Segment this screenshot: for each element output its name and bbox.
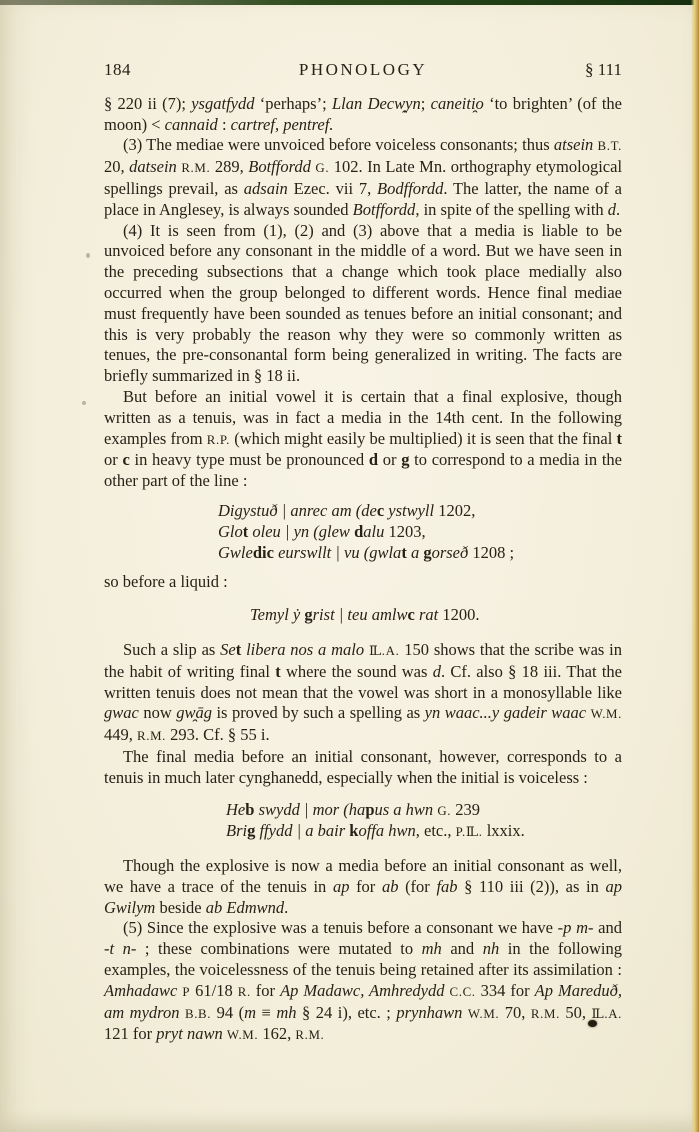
text-run: ≡ [256, 1003, 276, 1022]
text-run: 162, [258, 1024, 295, 1043]
text-run: Ỻ.A. [592, 1007, 623, 1021]
text-run: ; [421, 94, 431, 113]
text-run: d [354, 522, 363, 541]
text-run: adsain [244, 179, 288, 198]
verse-line: Glot oleu | yn (glew dalu 1203, [218, 522, 622, 543]
text-run: rat [415, 605, 443, 624]
text-run: alu [363, 522, 388, 541]
text-run: § 220 ii (7); [104, 94, 191, 113]
text-run: and [442, 939, 483, 958]
text-run: . [284, 898, 288, 917]
text-run: R.P. [207, 433, 230, 447]
text-run: -t n- [104, 939, 136, 958]
text-run: gw̯āg [176, 703, 212, 722]
text-run: § 24 i), etc. ; [297, 1003, 397, 1022]
text-run: Ỻ.A. [369, 644, 400, 658]
text-run: in heavy type must be pronounced [130, 450, 369, 469]
text-run: (4) It is seen from (1), (2) and (3) abo… [104, 221, 622, 386]
verse-examples-rp: Digystuð | anrec am (dec ystwyll 1202, G… [104, 501, 622, 563]
text-run: d [369, 450, 378, 469]
text-run: rist | teu amlw [313, 605, 408, 624]
text-run: Llan Decw̯yn [332, 94, 421, 113]
text-run: beside [155, 898, 205, 917]
text-run: is proved by such a spelling as [212, 703, 425, 722]
text-run: lxxix. [483, 821, 525, 840]
text-run: § 110 iii (2)), as in [458, 877, 606, 896]
text-run: He [226, 800, 245, 819]
text-run: Botffordd [353, 200, 416, 219]
text-run: 121 for [104, 1024, 156, 1043]
text-run: ystwyll [384, 501, 438, 520]
text-run: ap [333, 877, 350, 896]
paragraph-though-explosive: Though the explosive is now a media befo… [104, 856, 622, 918]
text-run: now [139, 703, 176, 722]
text-run: 50, [560, 1003, 592, 1022]
text-run: c [407, 605, 414, 624]
text-run: swydd | mor (ha [254, 800, 365, 819]
scan-speck [82, 401, 86, 405]
text-run: Bri [226, 821, 247, 840]
text-run: W.M. [227, 1028, 258, 1042]
page-title: PHONOLOGY [299, 60, 427, 81]
text-run: (3) The mediae were unvoiced before voic… [123, 135, 554, 154]
text-run: t [616, 429, 622, 448]
text-run: 1200. [442, 605, 479, 624]
paragraph-final-media: The final media before an initial conson… [104, 747, 622, 789]
text-run: , etc., [416, 821, 456, 840]
text-run: eurswllt | vu (gwla [274, 543, 401, 562]
text-run: ab Edmwnd [206, 898, 284, 917]
text-run: so before a liquid : [104, 572, 228, 591]
text-run: d [608, 200, 616, 219]
text-run: ab [382, 877, 399, 896]
paragraph-such-a-slip: Such a slip as Set libera nos a malo Ỻ.A… [104, 640, 622, 747]
text-run: . [616, 200, 620, 219]
text-run: caneiti̯o [431, 94, 484, 113]
text-run: ‘perhaps’; [254, 94, 332, 113]
text-run: Bodffordd [377, 179, 443, 198]
text-run: pryt nawn [156, 1024, 222, 1043]
text-run: R.M. [295, 1028, 324, 1042]
text-run: p [365, 800, 374, 819]
paragraph-section-220: § 220 ii (7); ysgatfydd ‘perhaps’; Llan … [104, 94, 622, 136]
text-run: R. [238, 985, 251, 999]
text-run: libera nos a malo [246, 640, 364, 659]
text-run: where the sound was [281, 662, 433, 681]
text-run: fab [436, 877, 457, 896]
text-run: cartref, pentref. [231, 115, 334, 134]
text-run: R.M. [181, 161, 210, 175]
text-run: c [122, 450, 129, 469]
text-run: 449, [104, 725, 137, 744]
text-run: or [104, 450, 122, 469]
text-run: ; these combinations were mutated to [136, 939, 421, 958]
text-run: C.C. [450, 985, 476, 999]
text-run: P.Ỻ. [456, 825, 483, 839]
text-column: 184 PHONOLOGY § 111 § 220 ii (7); ysgatf… [104, 60, 622, 1046]
text-run: d [433, 662, 441, 681]
text-run: W.M. [468, 1007, 499, 1021]
text-run: Glo [218, 522, 243, 541]
text-run: , in spite of the spelling with [415, 200, 607, 219]
scan-speck [86, 253, 90, 258]
verse-temyl: Temyl ẏ grist | teu amlwc rat 1200. [104, 605, 622, 626]
text-run: mh [422, 939, 442, 958]
text-run: 239 [451, 800, 480, 819]
paragraph-5: (5) Since the explosive was a tenuis bef… [104, 918, 622, 1046]
text-run: Such a slip as [123, 640, 220, 659]
text-run: : [218, 115, 231, 134]
paragraph-3: (3) The mediae were unvoiced before voic… [104, 135, 622, 220]
running-header: 184 PHONOLOGY § 111 [104, 60, 622, 81]
text-run: ffydd | a bair [255, 821, 349, 840]
text-run: 1203, [388, 522, 425, 541]
text-run: B.B. [185, 1007, 211, 1021]
text-run: mh [276, 1003, 296, 1022]
text-run: and [594, 918, 623, 937]
text-run: prynhawn [396, 1003, 462, 1022]
text-run: for [349, 877, 382, 896]
text-run: ysgatfydd [191, 94, 254, 113]
text-run: R.M. [137, 729, 166, 743]
text-run: W.M. [591, 707, 622, 721]
text-run: nh [483, 939, 500, 958]
text-run: m [244, 1003, 256, 1022]
text-run: (which might easily be multiplied) it is… [230, 429, 616, 448]
text-run: 1208 ; [472, 543, 514, 562]
text-run: 20, [104, 157, 129, 176]
verse-line: Brig ffydd | a bair koffa hwn, etc., P.Ỻ… [226, 821, 622, 843]
text-run: 334 for [476, 981, 535, 1000]
text-run: for [251, 981, 280, 1000]
text-run: 289, [210, 157, 248, 176]
verse-line: Temyl ẏ grist | teu amlwc rat 1200. [250, 605, 622, 626]
text-run: oleu | yn (glew [248, 522, 354, 541]
text-run: G. [437, 804, 451, 818]
text-run: a [407, 543, 424, 562]
section-number: § 111 [427, 60, 622, 81]
text-run: 61/18 [190, 981, 238, 1000]
text-run: Ap Madawc, Amhredydd [280, 981, 444, 1000]
text-run: (for [398, 877, 436, 896]
text-run: R.M. [531, 1007, 560, 1021]
text-run: Ezec. vii 7, [288, 179, 377, 198]
text-run: Se [220, 640, 236, 659]
text-run: dic [253, 543, 274, 562]
text-run: or [378, 450, 401, 469]
text-run: yn waac...y gadeir waac [425, 703, 586, 722]
verse-line: Gwledic eurswllt | vu (gwlat a gorseð 12… [218, 543, 622, 564]
paragraph-4: (4) It is seen from (1), (2) and (3) abo… [104, 221, 622, 387]
verse-line: Digystuð | anrec am (dec ystwyll 1202, [218, 501, 622, 522]
text-run: gwac [104, 703, 139, 722]
text-run: Botffordd [248, 157, 311, 176]
text-run: (5) Since the explosive was a tenuis bef… [123, 918, 558, 937]
text-run: Amhadawc [104, 981, 177, 1000]
page-edge-right [691, 0, 699, 1132]
paragraph-media-before-vowel: But before an initial vowel it is certai… [104, 387, 622, 492]
text-run: g [304, 605, 312, 624]
line-so-before-liquid: so before a liquid : [104, 572, 622, 593]
text-run: datsein [129, 157, 177, 176]
verse-line: Heb swydd | mor (hapus a hwn G. 239 [226, 800, 622, 822]
text-run: The final media before an initial conson… [104, 747, 622, 787]
verse-cynghanedd: Heb swydd | mor (hapus a hwn G. 239 Brig… [104, 800, 622, 844]
text-run: -p m- [558, 918, 594, 937]
text-run: P [182, 985, 190, 999]
text-run: g [423, 543, 431, 562]
text-run: B.T. [598, 139, 622, 153]
text-run: Temyl ẏ [250, 605, 304, 624]
scan-edge-top [0, 0, 699, 5]
text-run: orseð [432, 543, 473, 562]
text-run: 94 ( [211, 1003, 244, 1022]
scanned-book-page: 184 PHONOLOGY § 111 § 220 ii (7); ysgatf… [0, 0, 699, 1132]
text-run: G. [315, 161, 329, 175]
text-run: cannaid [165, 115, 218, 134]
text-run: Gwle [218, 543, 253, 562]
text-run: 293. Cf. § 55 i. [166, 725, 270, 744]
text-run: offa hwn [358, 821, 415, 840]
text-run: 70, [499, 1003, 531, 1022]
text-run: Digystuð | anrec am (de [218, 501, 377, 520]
text-run: us a hwn [375, 800, 438, 819]
text-run: atsein [554, 135, 593, 154]
text-run: 1202, [438, 501, 475, 520]
page-number: 184 [104, 60, 299, 81]
